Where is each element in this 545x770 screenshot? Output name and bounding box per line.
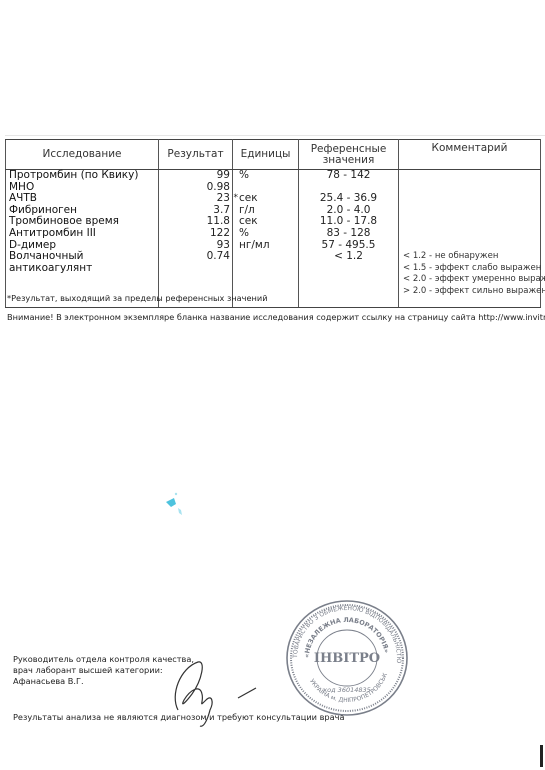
unit: % xyxy=(233,170,299,182)
result-number: 0.74 xyxy=(207,250,230,262)
reference-range: 83 - 128 xyxy=(299,228,399,240)
result-number: 0.98 xyxy=(207,181,230,193)
header-reference: Референсные значения xyxy=(299,140,399,170)
comment xyxy=(399,193,541,205)
table-row: МНО0.98 xyxy=(6,182,541,194)
reference-range: 78 - 142 xyxy=(299,170,399,182)
table-row: Антитромбин III122%83 - 128 xyxy=(6,228,541,240)
svg-text:код 36014835: код 36014835 xyxy=(323,686,371,694)
header-units: Единицы xyxy=(233,140,299,170)
comment xyxy=(399,240,541,252)
reference-range: < 1.2 xyxy=(299,251,399,307)
table-row: АЧТВ23*сек25.4 - 36.9 xyxy=(6,193,541,205)
comment-line: < 1.5 - эффект слабо выражен xyxy=(403,263,537,275)
test-name: Протромбин (по Квику) xyxy=(6,170,159,182)
result-number: 99 xyxy=(217,169,230,181)
comment xyxy=(399,205,541,217)
table-row: D-димер93нг/мл57 - 495.5 xyxy=(6,240,541,252)
top-rule xyxy=(5,135,545,136)
table-row: Протромбин (по Квику)99%78 - 142 xyxy=(6,170,541,182)
results-table: Исследование Результат Единицы Референсн… xyxy=(5,139,541,308)
scan-edge-mark xyxy=(540,745,543,767)
ink-blot xyxy=(162,488,192,518)
svg-text:ІНВІТРО: ІНВІТРО xyxy=(314,651,380,666)
header-comment: Комментарий xyxy=(399,140,541,170)
comment xyxy=(399,182,541,194)
header-test: Исследование xyxy=(6,140,159,170)
unit: нг/мл xyxy=(233,240,299,252)
lab-stamp: ТОВАРИСТВО З ОБМЕЖЕНОЮ ВІДПОВІДАЛЬНІСТЮ … xyxy=(283,598,411,718)
comment: < 1.2 - не обнаружен< 1.5 - эффект слабо… xyxy=(399,251,541,307)
result-number: 122 xyxy=(210,227,230,239)
disclaimer: Результаты анализа не являются диагнозом… xyxy=(13,712,344,722)
result-number: 23 xyxy=(217,192,230,204)
header-result: Результат xyxy=(159,140,233,170)
comment-line: < 2.0 - эффект умеренно выражен xyxy=(403,274,537,286)
notice: Внимание! В электронном экземпляре бланк… xyxy=(7,312,545,322)
result-number: 93 xyxy=(217,239,230,251)
comment-line: > 2.0 - эффект сильно выражен xyxy=(403,286,537,298)
comment-line: < 1.2 - не обнаружен xyxy=(403,251,537,263)
comment xyxy=(399,216,541,228)
unit: % xyxy=(233,228,299,240)
footnote: *Результат, выходящий за пределы референ… xyxy=(7,293,268,303)
result-number: 11.8 xyxy=(207,215,230,227)
comment xyxy=(399,228,541,240)
table-header-row: Исследование Результат Единицы Референсн… xyxy=(6,140,541,170)
result-number: 3.7 xyxy=(213,204,230,216)
comment xyxy=(399,170,541,182)
out-of-range-flag: * xyxy=(234,193,239,205)
test-name: Антитромбин III xyxy=(6,228,159,240)
